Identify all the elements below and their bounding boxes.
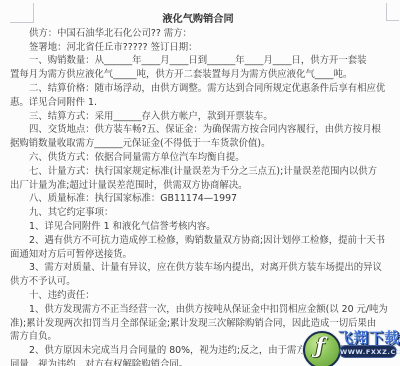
text-line: 供方：中国石油华北石化公司?? 需方： (10, 27, 400, 41)
text-line: 3、需方对质量、计量有异议，应在供方装车场内提出，对离开供方装车场提出的异议 (10, 261, 400, 275)
text-line: 2、遇有供方不可抗力造成停工检修，购销数量双方协商;因计划停工检修，提前十天书 (10, 234, 400, 248)
text-line: 十、违约责任： (10, 289, 400, 303)
document-page: 液化气购销合同供方：中国石油华北石化公司?? 需方：签署地：河北省任丘市????… (0, 0, 400, 366)
text-line: 八、质量标准：执行国家标准：GB11174—1997 (10, 192, 400, 206)
text-line: 面通知对方后可暂停送接货。 (10, 248, 400, 262)
text-line: 出厂计量为准;超过计量误差范围时，供需双方协商解决。 (10, 179, 400, 193)
document-title: 液化气购销合同 (10, 13, 400, 27)
fxxz-watermark: ƒ 飞翔下载 WWW.FXXZ.COM (303, 328, 399, 366)
text-line: 二、结算价格：随市场浮动，由供方调整。需方达到合同所规定优惠条件后享有相应优 (10, 82, 400, 96)
text-line: 1、详见合同附件 1 和液化气信誉考核内容。 (10, 220, 400, 234)
watermark-site: WWW.FXXZ.COM (339, 345, 397, 358)
text-line: 置每月为需方供应液化气_____吨，供方开二套装置每月为需方供应液化气____吨… (10, 68, 400, 82)
text-line: 供方不予认可。 (10, 275, 400, 289)
document-body: 液化气购销合同供方：中国石油华北石化公司?? 需方：签署地：河北省任丘市????… (10, 13, 400, 366)
text-line: 九、其它约定事项： (10, 206, 400, 220)
text-line: 1、供方发现需方不正当经营一次，由供方按吨从保证金中扣罚相应金额(以 20 元/… (10, 303, 400, 317)
text-line: 签署地：河北省任丘市????? 签订日期： (10, 41, 400, 55)
text-line: 一、购销数量：从______年____月____日到______年____月__… (10, 54, 400, 68)
watermark-logo-f-icon: ƒ (303, 328, 337, 362)
text-line: 三、结算方式：采用______存入供方帐户，款到开票装车。 (10, 110, 400, 124)
text-line: 惠。详见合同附件 1. (10, 96, 400, 110)
text-line: 据购销数量收取需方______元保证金(不得低于一车货款价值)。 (10, 137, 400, 151)
text-line: 四、交货地点：供方装车畅?五、保证金：为确保需方按合同内容履行，由供方按月根 (10, 123, 400, 137)
text-line: 六、供货方式：依据合同量需方单位汽车均衡自提。 (10, 151, 400, 165)
text-line: 七、计量方式：执行国家规定标准(计量误差为千分之三点五);计量误差范围内以供方 (10, 165, 400, 179)
